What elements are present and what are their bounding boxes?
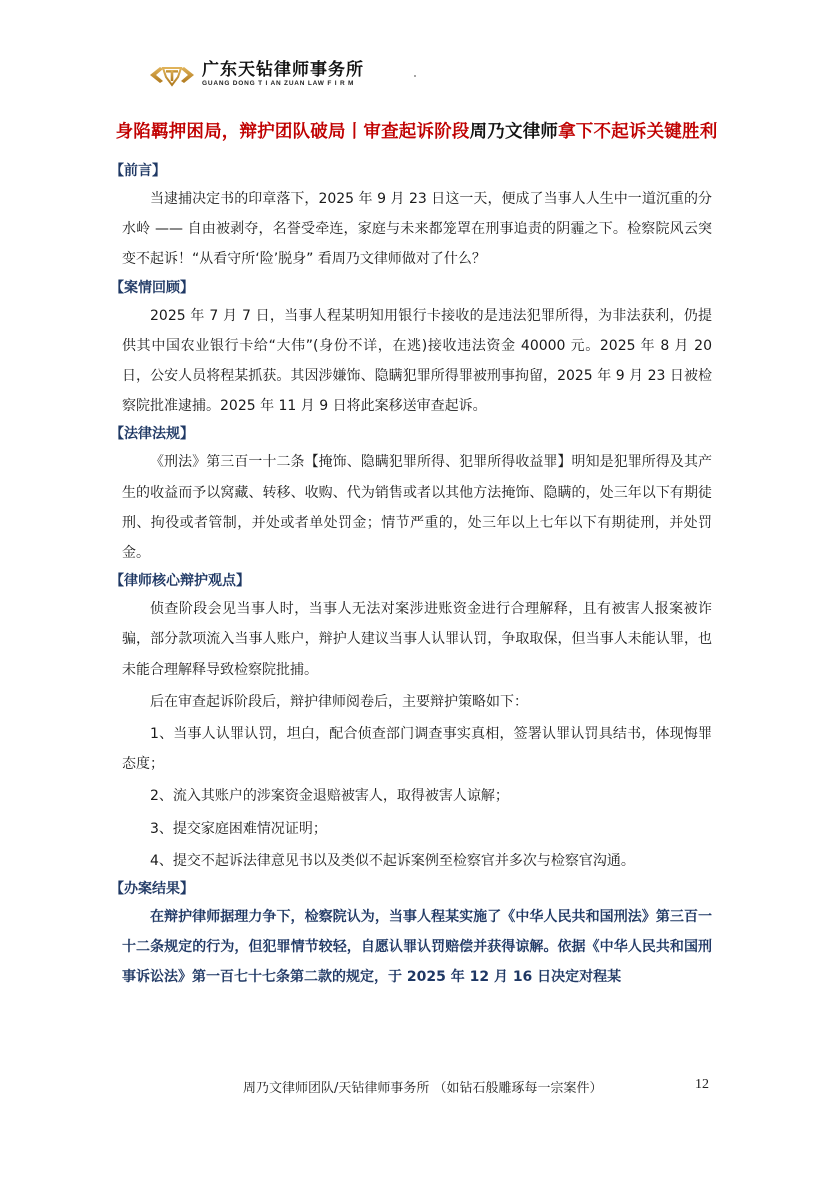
section-heading-defense: 【律师核心辩护观点】 — [110, 568, 712, 594]
firm-logo: 广东天钻律师事务所 GUANG DONG T I AN ZUAN LAW F I… — [148, 62, 364, 88]
preface-paragraph: 当逮捕决定书的印章落下，2025 年 9 月 23 日这一天，便成了当事人人生中… — [122, 184, 712, 275]
strategy-item-2: 2、流入其账户的涉案资金退赔被害人，取得被害人谅解； — [122, 781, 712, 811]
strategy-item-3: 3、提交家庭困难情况证明； — [122, 814, 712, 844]
document-body: 【前言】 当逮捕决定书的印章落下，2025 年 9 月 23 日这一天，便成了当… — [122, 158, 712, 993]
section-heading-preface: 【前言】 — [110, 158, 712, 184]
title-lawyer-name: 周乃文律师 — [470, 122, 559, 142]
strategy-item-4: 4、提交不起诉法律意见书以及类似不起诉案例至检察官并多次与检察官沟通。 — [122, 846, 712, 876]
document-title: 身陷羁押困局，辩护团队破局丨审查起诉阶段周乃文律师拿下不起诉关键胜利 — [0, 118, 833, 143]
header-dot — [414, 75, 416, 77]
page-footer: 周乃文律师团队/天钻律师事务所 （如钻石般雕琢每一宗案件） — [243, 1077, 603, 1096]
case-review-paragraph: 2025 年 7 月 7 日，当事人程某明知用银行卡接收的是违法犯罪所得，为非法… — [122, 301, 712, 422]
title-part-3: 拿下不起诉关键胜利 — [558, 122, 717, 142]
result-paragraph: 在辩护律师据理力争下，检察院认为，当事人程某实施了《中华人民共和国刑法》第三百一… — [122, 902, 712, 993]
diamond-t-logo-icon — [148, 63, 196, 87]
section-heading-case-review: 【案情回顾】 — [110, 275, 712, 301]
firm-name-cn: 广东天钻律师事务所 — [202, 62, 364, 79]
laws-paragraph: 《刑法》第三百一十二条【掩饰、隐瞒犯罪所得、犯罪所得收益罪】明知是犯罪所得及其产… — [122, 447, 712, 568]
strategy-item-1: 1、当事人认罪认罚，坦白，配合侦查部门调查事实真相，签署认罪认罚具结书，体现悔罪… — [122, 719, 712, 779]
defense-paragraph-1: 侦查阶段会见当事人时，当事人无法对案涉进账资金进行合理解释，且有被害人报案被诈骗… — [122, 594, 712, 685]
defense-paragraph-2: 后在审查起诉阶段后，辩护律师阅卷后，主要辩护策略如下： — [122, 687, 712, 717]
page-number: 12 — [695, 1077, 709, 1093]
firm-name-en: GUANG DONG T I AN ZUAN LAW F I R M — [202, 81, 364, 88]
section-heading-result: 【办案结果】 — [110, 876, 712, 902]
document-page: 广东天钻律师事务所 GUANG DONG T I AN ZUAN LAW F I… — [0, 0, 833, 1178]
title-part-1: 身陷羁押困局，辩护团队破局丨审查起诉阶段 — [116, 122, 470, 142]
section-heading-laws: 【法律法规】 — [110, 421, 712, 447]
